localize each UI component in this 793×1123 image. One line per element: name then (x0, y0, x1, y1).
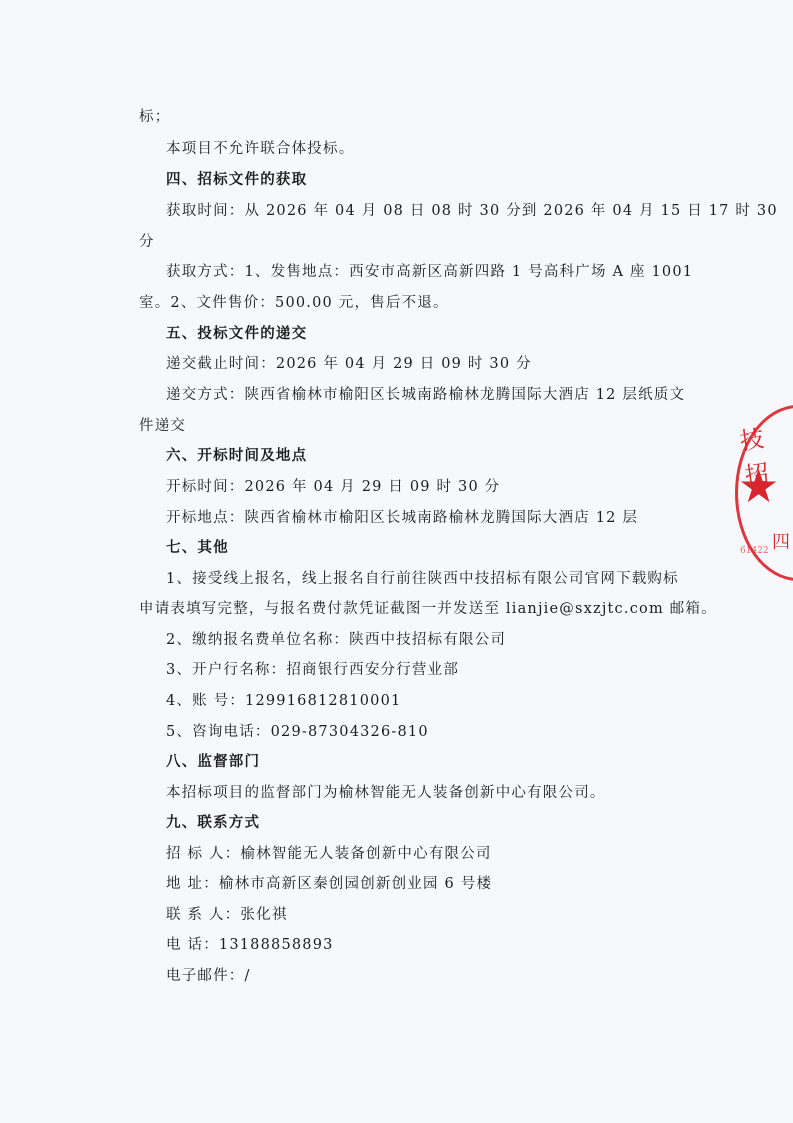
document-line: 件递交 (139, 416, 186, 436)
document-line: 本项目不允许联合体投标。 (166, 139, 354, 159)
document-line: 获取时间：从 2026 年 04 月 08 日 08 时 30 分到 2026 … (166, 201, 778, 221)
section-heading: 四、招标文件的获取 (166, 170, 307, 190)
document-line: 联 系 人：张化祺 (166, 905, 288, 925)
document-line: 获取方式：1、发售地点：西安市高新区高新四路 1 号高科广场 A 座 1001 (166, 262, 693, 282)
document-line: 开标时间：2026 年 04 月 29 日 09 时 30 分 (166, 477, 500, 497)
document-line: 本招标项目的监督部门为榆林智能无人装备创新中心有限公司。 (166, 783, 606, 803)
seal-number: 61422 (740, 546, 769, 556)
document-line: 电子邮件：/ (166, 966, 251, 986)
document-line: 电 话：13188858893 (166, 935, 334, 955)
document-line: 递交方式：陕西省榆林市榆阳区长城南路榆林龙腾国际大酒店 12 层纸质文 (166, 385, 685, 405)
document-line: 5、咨询电话：029-87304326-810 (166, 722, 429, 742)
document-line: 申请表填写完整，与报名费付款凭证截图一并发送至 lianjie@sxzjtc.c… (139, 599, 717, 619)
document-line: 地 址：榆林市高新区秦创园创新创业园 6 号楼 (166, 874, 492, 894)
document-line: 标； (139, 107, 170, 127)
document-line: 2、缴纳报名费单位名称：陕西中技招标有限公司 (166, 630, 506, 650)
document-line: 4、账 号：129916812810001 (166, 691, 401, 711)
document-line: 室。2、文件售价：500.00 元，售后不退。 (139, 293, 449, 313)
seal-partial-char: 四 (772, 528, 790, 554)
section-heading: 五、投标文件的递交 (166, 324, 307, 344)
document-line: 递交截止时间：2026 年 04 月 29 日 09 时 30 分 (166, 354, 532, 374)
document-line: 分 (139, 232, 155, 252)
section-heading: 六、开标时间及地点 (166, 446, 307, 466)
document-page: 标；本项目不允许联合体投标。四、招标文件的获取获取时间：从 2026 年 04 … (0, 0, 793, 1123)
document-line: 3、开户行名称：招商银行西安分行营业部 (166, 660, 459, 680)
section-heading: 八、监督部门 (166, 752, 260, 772)
document-line: 招 标 人：榆林智能无人装备创新中心有限公司 (166, 844, 492, 864)
section-heading: 七、其他 (166, 538, 229, 558)
section-heading: 九、联系方式 (166, 813, 260, 833)
document-line: 开标地点：陕西省榆林市榆阳区长城南路榆林龙腾国际大酒店 12 层 (166, 508, 638, 528)
document-line: 1、接受线上报名，线上报名自行前往陕西中技招标有限公司官网下载购标 (166, 569, 679, 589)
seal-star-icon: ★ (738, 463, 779, 509)
